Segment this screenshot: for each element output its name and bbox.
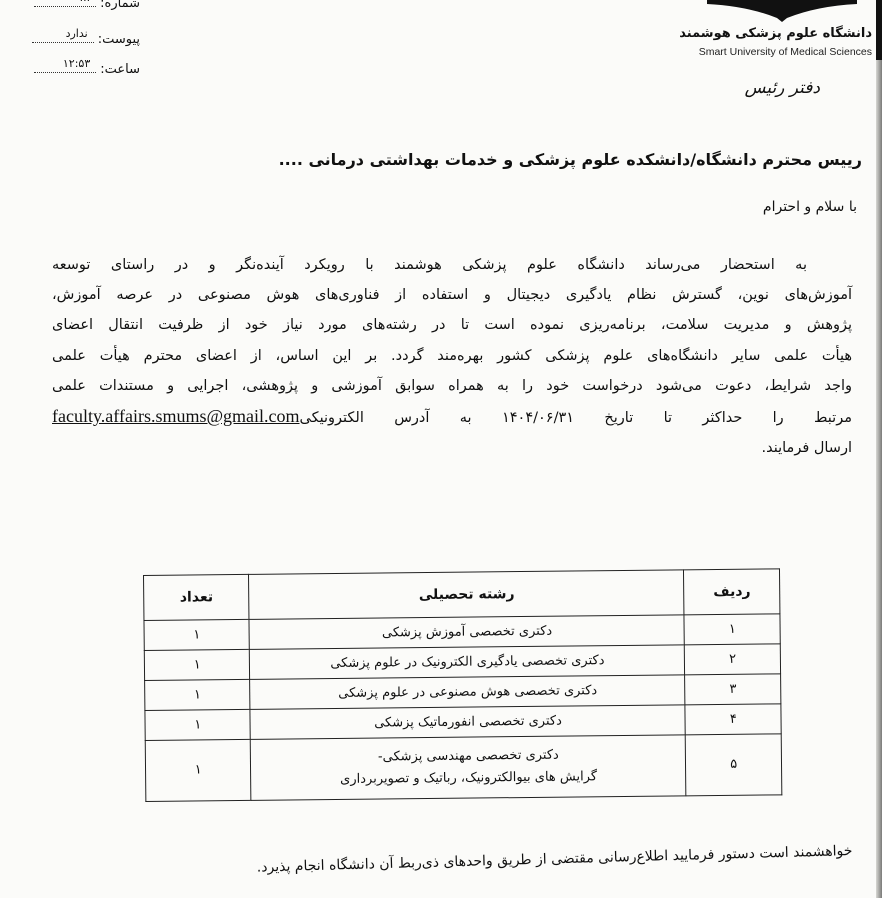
scan-edge-top bbox=[876, 0, 882, 60]
body-line: پژوهش و مدیریت سلامت، برنامه‌ریزی نموده … bbox=[52, 310, 852, 340]
letter-closing: خواهشمند است دستور فرمایید اطلاع‌رسانی م… bbox=[92, 835, 853, 889]
meta-number: شماره: ... bbox=[34, 0, 140, 11]
cell-field: دکتری تخصصی آموزش پزشکی bbox=[249, 615, 684, 650]
cell-count: ۱ bbox=[145, 679, 251, 710]
scan-edge bbox=[876, 60, 882, 898]
body-line: به استحضار می‌رساند دانشگاه علوم پزشکی ه… bbox=[52, 250, 852, 280]
cell-count: ۱ bbox=[145, 709, 251, 740]
cell-row-number: ۴ bbox=[685, 704, 781, 735]
office-signature: دفتر رئیس bbox=[745, 78, 820, 98]
body-line: واجد شرایط، دعوت می‌شود درخواست خود را ب… bbox=[52, 371, 852, 401]
cell-row-number: ۵ bbox=[686, 734, 782, 796]
body-line: هیأت علمی سایر دانشگاه‌های علوم پزشکی کش… bbox=[52, 341, 852, 371]
cell-count: ۱ bbox=[145, 739, 251, 801]
letter-greeting: با سلام و احترام bbox=[763, 199, 857, 215]
table-row: ۵ دکتری تخصصی مهندسی پزشکی- گرایش های بی… bbox=[145, 734, 782, 802]
body-line-deadline: مرتبط را حداکثر تا تاریخ ۱۴۰۴/۰۶/۳۱ به آ… bbox=[52, 401, 852, 433]
header-count: تعداد bbox=[144, 574, 250, 620]
meta-attachment-field: ندارد bbox=[32, 30, 94, 43]
header-row-number: ردیف bbox=[684, 569, 780, 615]
meta-number-field: ... bbox=[34, 0, 96, 7]
cell-row-number: ۱ bbox=[684, 614, 780, 645]
meta-attachment: پیوست: ندارد bbox=[32, 30, 140, 47]
letter-body: به استحضار می‌رساند دانشگاه علوم پزشکی ه… bbox=[52, 250, 852, 463]
university-logo: دانشگاه علوم پزشکی هوشمند Smart Universi… bbox=[672, 0, 872, 120]
university-name-fa: دانشگاه علوم پزشکی هوشمند bbox=[672, 26, 872, 41]
meta-attachment-label: پیوست: bbox=[98, 32, 140, 47]
cell-field: دکتری تخصصی هوش مصنوعی در علوم پزشکی bbox=[250, 675, 685, 710]
cell-field: دکتری تخصصی یادگیری الکترونیک در علوم پز… bbox=[250, 645, 685, 680]
body-line: آموزش‌های نوین، گسترش نظام یادگیری دیجیت… bbox=[52, 280, 852, 310]
cell-field-line2: گرایش های بیوالکترونیک، رباتیک و تصویربر… bbox=[251, 765, 685, 792]
body-line: ارسال فرمایند. bbox=[52, 433, 852, 463]
header-field: رشته تحصیلی bbox=[249, 570, 684, 620]
meta-time: ساعت: ۱۲:۵۳ bbox=[34, 60, 140, 77]
email-link[interactable]: faculty.affairs.smums@gmail.com bbox=[52, 406, 300, 426]
cell-field: دکتری تخصصی مهندسی پزشکی- گرایش های بیوا… bbox=[251, 735, 687, 801]
table-header-row: ردیف رشته تحصیلی تعداد bbox=[144, 569, 780, 621]
cell-field: دکتری تخصصی انفورماتیک پزشکی bbox=[250, 705, 685, 740]
university-name-en: Smart University of Medical Sciences bbox=[667, 46, 872, 58]
positions-table: ردیف رشته تحصیلی تعداد ۱ دکتری تخصصی آمو… bbox=[143, 568, 782, 802]
meta-number-label: شماره: bbox=[100, 0, 140, 11]
cell-row-number: ۳ bbox=[685, 674, 781, 705]
meta-time-field: ۱۲:۵۳ bbox=[34, 60, 96, 73]
cell-count: ۱ bbox=[144, 619, 250, 650]
letter-title: رییس محترم دانشگاه/دانشکده علوم پزشکی و … bbox=[279, 150, 862, 169]
meta-time-label: ساعت: bbox=[100, 62, 140, 77]
cell-row-number: ۲ bbox=[685, 644, 781, 675]
cell-count: ۱ bbox=[144, 649, 250, 680]
book-emblem-icon bbox=[707, 0, 857, 22]
